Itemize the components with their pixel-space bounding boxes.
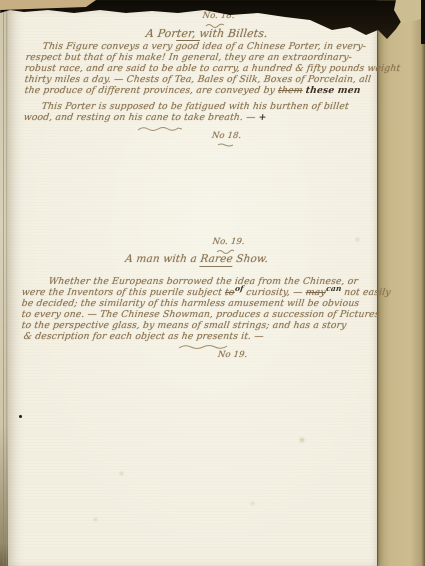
handwritten-line: the produce of different provinces, are … (24, 85, 361, 96)
handwritten-line: This Porter is supposed to be fatigued w… (41, 101, 349, 112)
plus-mark: + (258, 112, 267, 123)
handwritten-line: were the Inventors of this puerile subje… (21, 287, 391, 298)
struck-word: may (305, 287, 326, 298)
section1-closing-number: No 18. (211, 131, 242, 141)
section2-heading-number: No. 19. (212, 237, 245, 247)
section2-title: A man with a Raree Show. (125, 253, 269, 265)
line-text: idea of a Chinese Porter, in every- (198, 41, 366, 52)
title-text: Show. (232, 253, 269, 265)
handwritten-line: wood, and resting on his cane to take br… (23, 112, 267, 123)
line-text: were the Inventors of this puerile subje… (21, 287, 226, 298)
page-edge-line (3, 0, 4, 566)
line-text: curiosity, — (242, 287, 306, 298)
foxing-spot (300, 438, 304, 442)
underlined-word: Raree (199, 253, 233, 267)
handwritten-line: robust race, and are said to be able to … (24, 63, 401, 74)
handwritten-line: thirty miles a day. — Chests of Tea, Bal… (24, 74, 372, 85)
handwritten-line: be decided; the similarity of this harml… (21, 298, 360, 309)
manuscript-photo: No. 18. A Porter, with Billets. This Fig… (0, 0, 425, 566)
section2-closing-number: No 19. (217, 350, 248, 360)
foxing-spot (120, 472, 123, 475)
handwritten-line: & description for each object as he pres… (23, 331, 264, 342)
adjacent-page-edge (376, 0, 425, 566)
ink-insertion: of (235, 284, 245, 293)
top-right-dark-edge (421, 0, 425, 44)
line-text: This Figure conveys a very (42, 41, 176, 52)
handwritten-line: Whether the Europeans borrowed the idea … (48, 276, 359, 287)
handwritten-line: to the perspective glass, by means of sm… (21, 320, 347, 331)
foxing-spot (251, 502, 254, 505)
ink-dot-blemish (19, 415, 22, 418)
line-text: the produce of different provinces, are … (24, 85, 279, 96)
foxing-spot (356, 238, 359, 241)
page-edge-line (6, 0, 7, 566)
manuscript-page: No. 18. A Porter, with Billets. This Fig… (8, 10, 377, 566)
ink-correction: these men (305, 85, 361, 96)
flourish-squiggle-icon (137, 125, 183, 133)
title-text: A man with a (125, 253, 202, 265)
line-text: not easily (340, 287, 391, 298)
section1-title: A Porter, with Billets. (145, 27, 268, 40)
handwritten-line: respect but that of his make! In general… (25, 52, 353, 63)
foxing-spot (94, 518, 97, 521)
flourish-squiggle-icon (217, 142, 235, 148)
struck-word: them (277, 85, 303, 96)
handwritten-line: This Figure conveys a very good idea of … (42, 41, 367, 52)
handwritten-line: to every one. — The Chinese Showman, pro… (21, 309, 380, 320)
ink-insertion: can (326, 284, 343, 293)
overlined-word: good (175, 41, 200, 52)
line-text: wood, and resting on his cane to take br… (23, 112, 259, 123)
